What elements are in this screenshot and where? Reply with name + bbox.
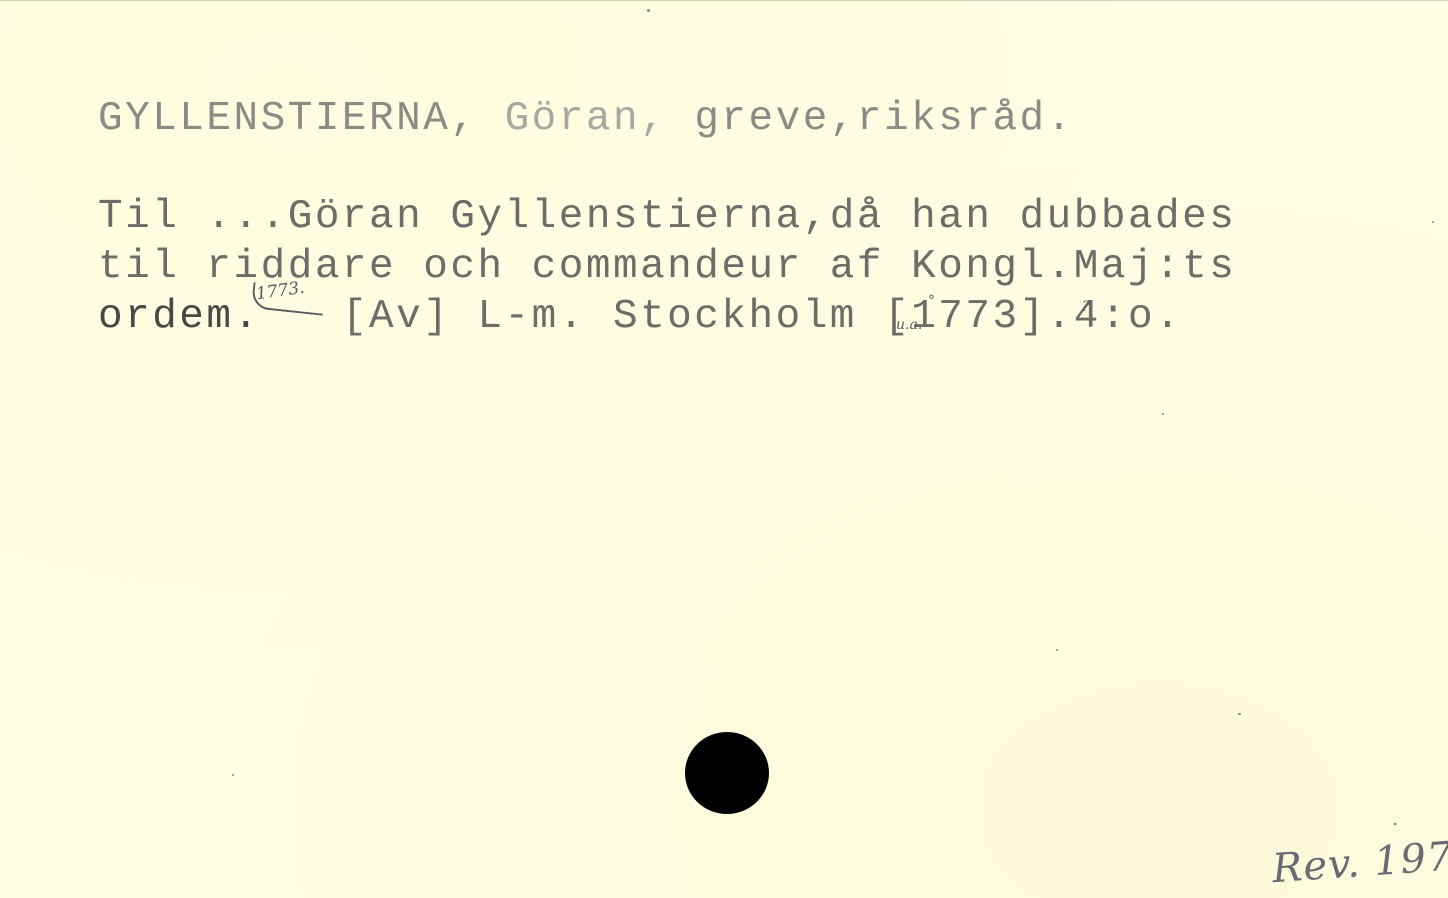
- heading-surname: GYLLENSTIERNA,: [98, 96, 477, 142]
- handwritten-query: ?: [1082, 299, 1090, 315]
- paper-speck: [1162, 413, 1164, 415]
- handwritten-ring: °: [928, 293, 935, 309]
- paper-speck: [1394, 823, 1396, 825]
- catalog-card: GYLLENSTIERNA, Göran, greve,riksråd. Til…: [0, 0, 1448, 898]
- description-line-3-part-2: [Av] L-m. Stockholm: [342, 294, 857, 340]
- paper-speck: [1238, 713, 1241, 715]
- description-line-3-part-4: ].4:o.: [1020, 294, 1183, 340]
- heading-title: greve,riksråd.: [694, 96, 1073, 142]
- handwritten-spacer-2: [857, 294, 884, 340]
- paper-speck: [232, 774, 234, 776]
- punch-hole: [685, 732, 769, 814]
- paper-speck: [647, 9, 650, 12]
- paper-speck: [1432, 221, 1434, 223]
- heading-line: GYLLENSTIERNA, Göran, greve,riksråd.: [98, 99, 1074, 140]
- paper-speck: [1056, 649, 1058, 651]
- revision-note: Rev. 1970: [1271, 832, 1448, 892]
- description-line-3-part-1: ordem.: [98, 294, 261, 340]
- heading-given-name: Göran,: [505, 96, 668, 142]
- description-line-1: Til ...Göran Gyllenstierna,då han dubbad…: [98, 197, 1236, 238]
- handwritten-ua: u.a.: [896, 317, 922, 333]
